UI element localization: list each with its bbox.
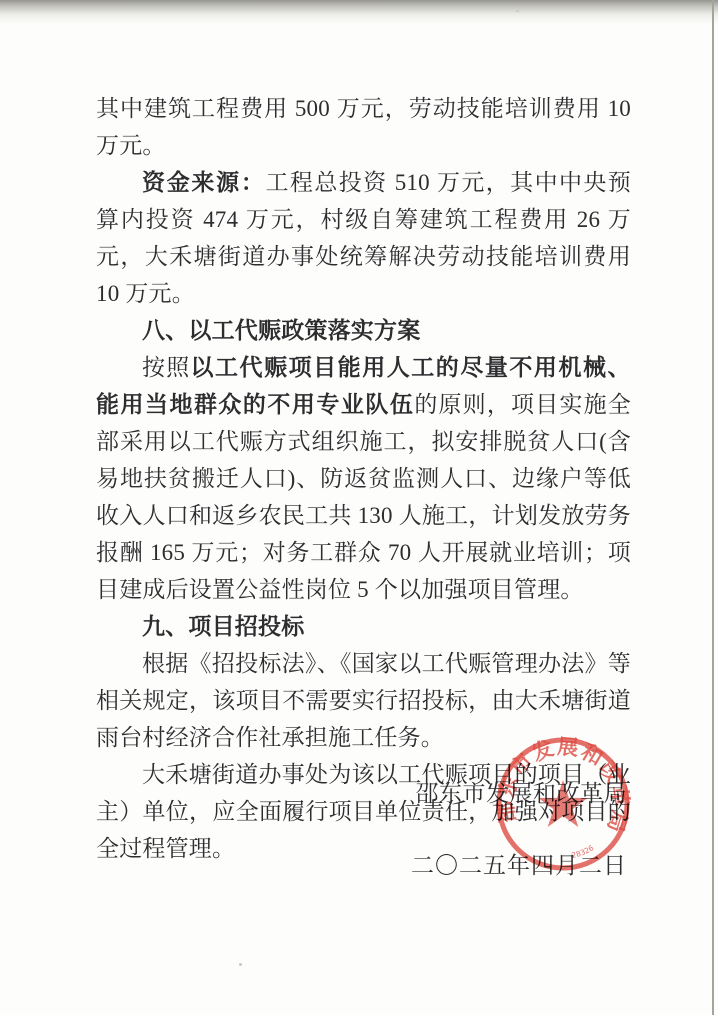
paragraph-funding: 资金来源：工程总投资 510 万元，其中中央预算内投资 474 万元，村级自筹建… bbox=[96, 164, 631, 312]
section-heading-8: 八、以工代赈政策落实方案 bbox=[96, 312, 631, 349]
policy-rest: 的原则，项目实施全部采用以工代赈方式组织施工，拟安排脱贫人口(含易地扶贫搬迁人口… bbox=[96, 392, 631, 602]
paragraph-policy: 按照以工代赈项目能用人工的尽量不用机械、能用当地群众的不用专业队伍的原则，项目实… bbox=[96, 349, 631, 608]
signature-block: 邵东市发展和改革局 二〇二五年四月二日 bbox=[411, 775, 627, 880]
funding-source-label: 资金来源： bbox=[142, 169, 266, 195]
scan-speck bbox=[516, 10, 519, 12]
document-body: 其中建筑工程费用 500 万元，劳动技能培训费用 10 万元。 资金来源：工程总… bbox=[96, 90, 631, 867]
paragraph-bidding: 根据《招投标法》、《国家以工代赈管理办法》等相关规定，该项目不需要实行招投标，由… bbox=[96, 645, 631, 756]
issue-date: 二〇二五年四月二日 bbox=[411, 847, 627, 880]
scan-speck bbox=[239, 963, 242, 966]
policy-lead: 按照 bbox=[142, 355, 190, 380]
paragraph-carryover: 其中建筑工程费用 500 万元，劳动技能培训费用 10 万元。 bbox=[96, 90, 631, 164]
scan-edge-right-line bbox=[712, 0, 714, 1015]
section-heading-9: 九、项目招投标 bbox=[96, 608, 631, 645]
scan-edge-top bbox=[0, 0, 718, 24]
issuer-name: 邵东市发展和改革局 bbox=[411, 775, 627, 808]
